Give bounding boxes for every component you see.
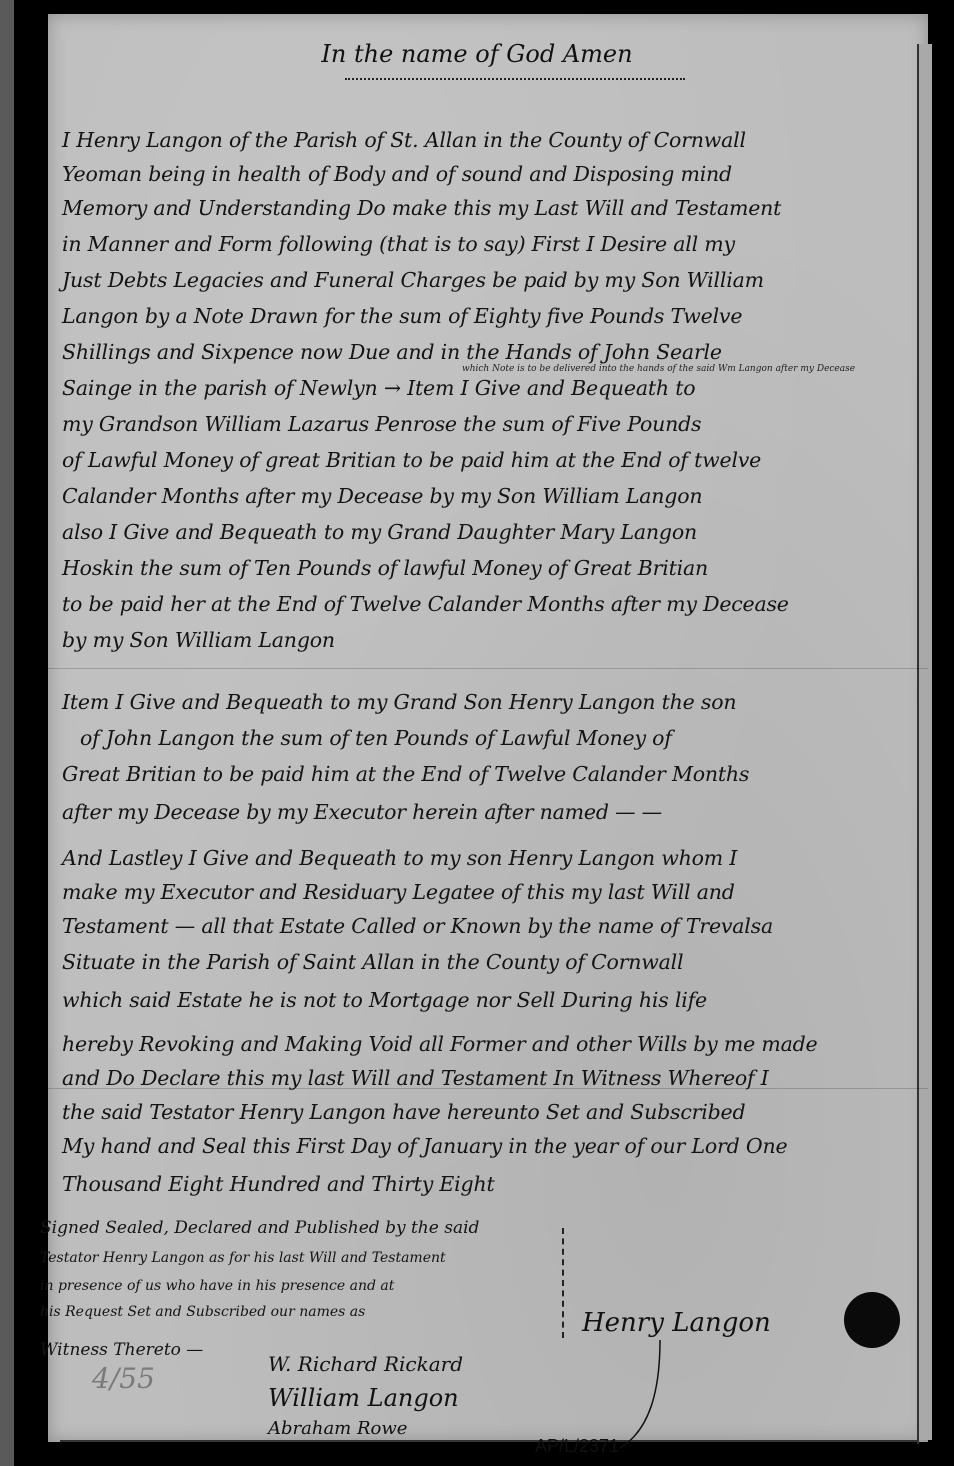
will-line: Hoskin the sum of Ten Pounds of lawful M… bbox=[62, 556, 922, 580]
signature-flourish-icon bbox=[620, 1340, 680, 1450]
page-border-bottom bbox=[60, 1440, 918, 1442]
will-line: Memory and Understanding Do make this my… bbox=[62, 196, 922, 220]
will-line: And Lastley I Give and Bequeath to my so… bbox=[62, 846, 922, 870]
attestation-line: Signed Sealed, Declared and Published by… bbox=[40, 1218, 560, 1238]
will-line: Testament — all that Estate Called or Kn… bbox=[62, 914, 922, 938]
will-line: in Manner and Form following (that is to… bbox=[62, 232, 922, 256]
will-line: Situate in the Parish of Saint Allan in … bbox=[62, 950, 922, 974]
pencil-annotation: 4/55 bbox=[92, 1362, 155, 1395]
witness-signature: W. Richard Rickard bbox=[268, 1352, 463, 1376]
interlinear-insertion: which Note is to be delivered into the h… bbox=[462, 364, 855, 374]
will-line: also I Give and Bequeath to my Grand Dau… bbox=[62, 520, 922, 544]
will-line: Just Debts Legacies and Funeral Charges … bbox=[62, 268, 922, 292]
will-line: of Lawful Money of great Britian to be p… bbox=[62, 448, 922, 472]
attestation-line: Testator Henry Langon as for his last Wi… bbox=[40, 1250, 560, 1266]
will-line: which said Estate he is not to Mortgage … bbox=[62, 988, 922, 1012]
will-line: Great Britian to be paid him at the End … bbox=[62, 762, 922, 786]
will-line: Item I Give and Bequeath to my Grand Son… bbox=[62, 690, 922, 714]
will-line: my Grandson William Lazarus Penrose the … bbox=[62, 412, 922, 436]
attestation-bracket bbox=[558, 1228, 564, 1338]
viewer-left-strip bbox=[0, 0, 14, 1466]
will-line: to be paid her at the End of Twelve Cala… bbox=[62, 592, 922, 616]
will-line: Calander Months after my Decease by my S… bbox=[62, 484, 922, 508]
witness-signature: William Langon bbox=[268, 1384, 459, 1412]
will-line: make my Executor and Residuary Legatee o… bbox=[62, 880, 922, 904]
attestation-line: his Request Set and Subscribed our names… bbox=[40, 1304, 560, 1320]
will-line: hereby Revoking and Making Void all Form… bbox=[62, 1032, 922, 1056]
attestation-line: in presence of us who have in his presen… bbox=[40, 1278, 560, 1294]
fold-line bbox=[48, 668, 928, 669]
will-line: Thousand Eight Hundred and Thirty Eight bbox=[62, 1172, 922, 1196]
will-line: Yeoman being in health of Body and of so… bbox=[62, 162, 922, 186]
wax-seal bbox=[844, 1292, 900, 1348]
will-line: by my Son William Langon bbox=[62, 628, 922, 652]
will-line: the said Testator Henry Langon have here… bbox=[62, 1100, 922, 1124]
will-line: Shillings and Sixpence now Due and in th… bbox=[62, 340, 922, 364]
witness-signature: Abraham Rowe bbox=[268, 1418, 407, 1439]
will-line: I Henry Langon of the Parish of St. Alla… bbox=[62, 128, 922, 152]
document-title: In the name of God Amen bbox=[0, 40, 954, 68]
will-line: of John Langon the sum of ten Pounds of … bbox=[80, 726, 940, 750]
testator-signature: Henry Langon bbox=[582, 1308, 771, 1338]
title-flourish bbox=[345, 76, 685, 80]
will-line: after my Decease by my Executor herein a… bbox=[62, 800, 922, 824]
will-line: Langon by a Note Drawn for the sum of Ei… bbox=[62, 304, 922, 328]
will-line: Sainge in the parish of Newlyn → Item I … bbox=[62, 376, 922, 400]
catalog-reference-stamp: AP/L/2371 bbox=[535, 1436, 619, 1457]
will-line: and Do Declare this my last Will and Tes… bbox=[62, 1066, 922, 1090]
will-line: My hand and Seal this First Day of Janua… bbox=[62, 1134, 922, 1158]
